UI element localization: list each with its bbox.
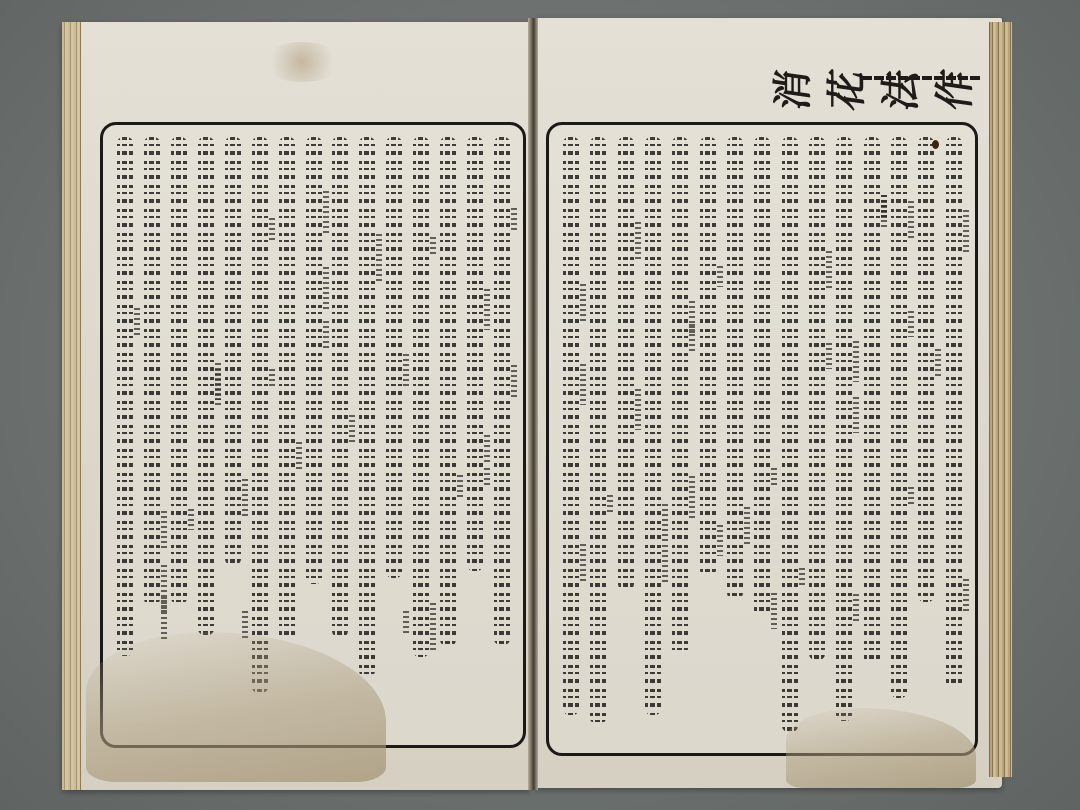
furigana-gloss [349, 415, 355, 442]
furigana-gloss [908, 487, 914, 506]
furigana-gloss [403, 611, 409, 634]
text-column-glyphs [144, 137, 160, 605]
paper-stain [262, 42, 342, 82]
text-column [912, 133, 939, 745]
furigana-gloss [881, 201, 887, 221]
text-column-glyphs [864, 137, 880, 665]
text-column [380, 133, 407, 737]
text-column [830, 133, 857, 745]
wormhole [932, 140, 939, 149]
furigana-gloss [134, 308, 140, 336]
furigana-gloss [161, 597, 167, 640]
text-column-glyphs [672, 137, 688, 655]
open-book: 作 法 花 消 [62, 12, 1012, 796]
text-column-glyphs [494, 137, 510, 645]
furigana-gloss [161, 511, 167, 548]
furigana-gloss [511, 208, 517, 233]
furigana-gloss [215, 369, 221, 400]
furigana-gloss [689, 476, 695, 518]
furigana-gloss [853, 341, 859, 382]
title-glyph: 法 [870, 65, 927, 113]
furigana-gloss [853, 594, 859, 624]
text-column-glyphs [386, 137, 402, 578]
left-page [62, 22, 530, 790]
furigana-gloss [376, 234, 382, 281]
furigana-gloss [635, 389, 641, 430]
title-stroke [862, 76, 982, 80]
title-glyph: 花 [816, 65, 873, 113]
furigana-gloss [799, 568, 805, 587]
furigana-gloss [689, 301, 695, 334]
furigana-gloss [430, 603, 436, 650]
text-column-glyphs [117, 137, 133, 656]
furigana-gloss [580, 364, 586, 405]
furigana-gloss [188, 509, 194, 530]
text-column [612, 133, 639, 745]
page-title: 作 法 花 消 [770, 54, 972, 124]
furigana-gloss [662, 545, 668, 583]
furigana-gloss [963, 579, 969, 613]
furigana-gloss [717, 266, 723, 287]
text-column [461, 133, 488, 737]
text-column-glyphs [467, 137, 483, 571]
furigana-gloss [323, 321, 329, 349]
text-column-glyphs [413, 137, 429, 657]
furigana-gloss [484, 468, 490, 488]
text-column [557, 133, 584, 745]
furigana-gloss [457, 475, 463, 497]
title-glyph: 消 [762, 65, 819, 113]
text-column-glyphs [252, 137, 268, 693]
text-column [584, 133, 611, 745]
furigana-gloss [242, 479, 248, 516]
furigana-gloss [484, 289, 490, 330]
text-column [940, 133, 967, 745]
text-column-glyphs [590, 137, 606, 724]
text-column-glyphs [891, 137, 907, 698]
text-column-glyphs [306, 137, 322, 584]
furigana-gloss [963, 210, 969, 254]
text-column-glyphs [645, 137, 661, 715]
right-text-columns [557, 133, 967, 745]
text-column [353, 133, 380, 737]
furigana-gloss [269, 218, 275, 242]
furigana-gloss [511, 365, 517, 398]
text-column-glyphs [198, 137, 214, 635]
text-column-glyphs [836, 137, 852, 721]
text-column-glyphs [700, 137, 716, 576]
furigana-gloss [323, 267, 329, 311]
text-column [694, 133, 721, 745]
text-column-glyphs [440, 137, 456, 646]
text-column-glyphs [171, 137, 187, 604]
furigana-gloss [607, 495, 613, 513]
text-column-glyphs [225, 137, 241, 565]
text-column-glyphs [946, 137, 962, 688]
text-column-glyphs [918, 137, 934, 602]
text-column [776, 133, 803, 745]
text-column [885, 133, 912, 745]
text-column-glyphs [809, 137, 825, 660]
text-column [488, 133, 515, 737]
furigana-gloss [296, 442, 302, 472]
right-page: 作 法 花 消 [536, 18, 1002, 788]
furigana-gloss [403, 354, 409, 388]
furigana-gloss [323, 191, 329, 236]
right-page-edges [989, 22, 1012, 777]
furigana-gloss [269, 369, 275, 389]
furigana-gloss [853, 397, 859, 433]
furigana-gloss [484, 435, 490, 465]
text-column-glyphs [618, 137, 634, 590]
text-column [803, 133, 830, 745]
text-column [666, 133, 693, 745]
furigana-gloss [744, 507, 750, 544]
text-column [639, 133, 666, 745]
text-column-glyphs [782, 137, 798, 732]
furigana-gloss [908, 311, 914, 337]
furigana-gloss [826, 343, 832, 369]
text-column [434, 133, 461, 737]
furigana-gloss [771, 468, 777, 486]
furigana-gloss [935, 349, 941, 376]
text-column [407, 133, 434, 737]
text-column-glyphs [727, 137, 743, 599]
text-column [748, 133, 775, 745]
furigana-gloss [717, 525, 723, 556]
furigana-gloss [580, 284, 586, 324]
left-page-edges [62, 22, 81, 790]
furigana-gloss [908, 201, 914, 241]
right-text-frame [546, 122, 978, 756]
text-column [326, 133, 353, 737]
text-column-glyphs [563, 137, 579, 715]
text-column-glyphs [332, 137, 348, 637]
text-column-glyphs [359, 137, 375, 677]
furigana-gloss [662, 504, 668, 542]
title-glyph: 作 [924, 65, 981, 113]
furigana-gloss [771, 593, 777, 629]
text-column [721, 133, 748, 745]
text-column [858, 133, 885, 745]
furigana-gloss [430, 237, 436, 256]
book-gutter [528, 18, 538, 790]
text-column-glyphs [279, 137, 295, 641]
text-column-glyphs [754, 137, 770, 617]
furigana-gloss [580, 544, 586, 581]
furigana-gloss [635, 222, 641, 261]
furigana-gloss [826, 251, 832, 289]
